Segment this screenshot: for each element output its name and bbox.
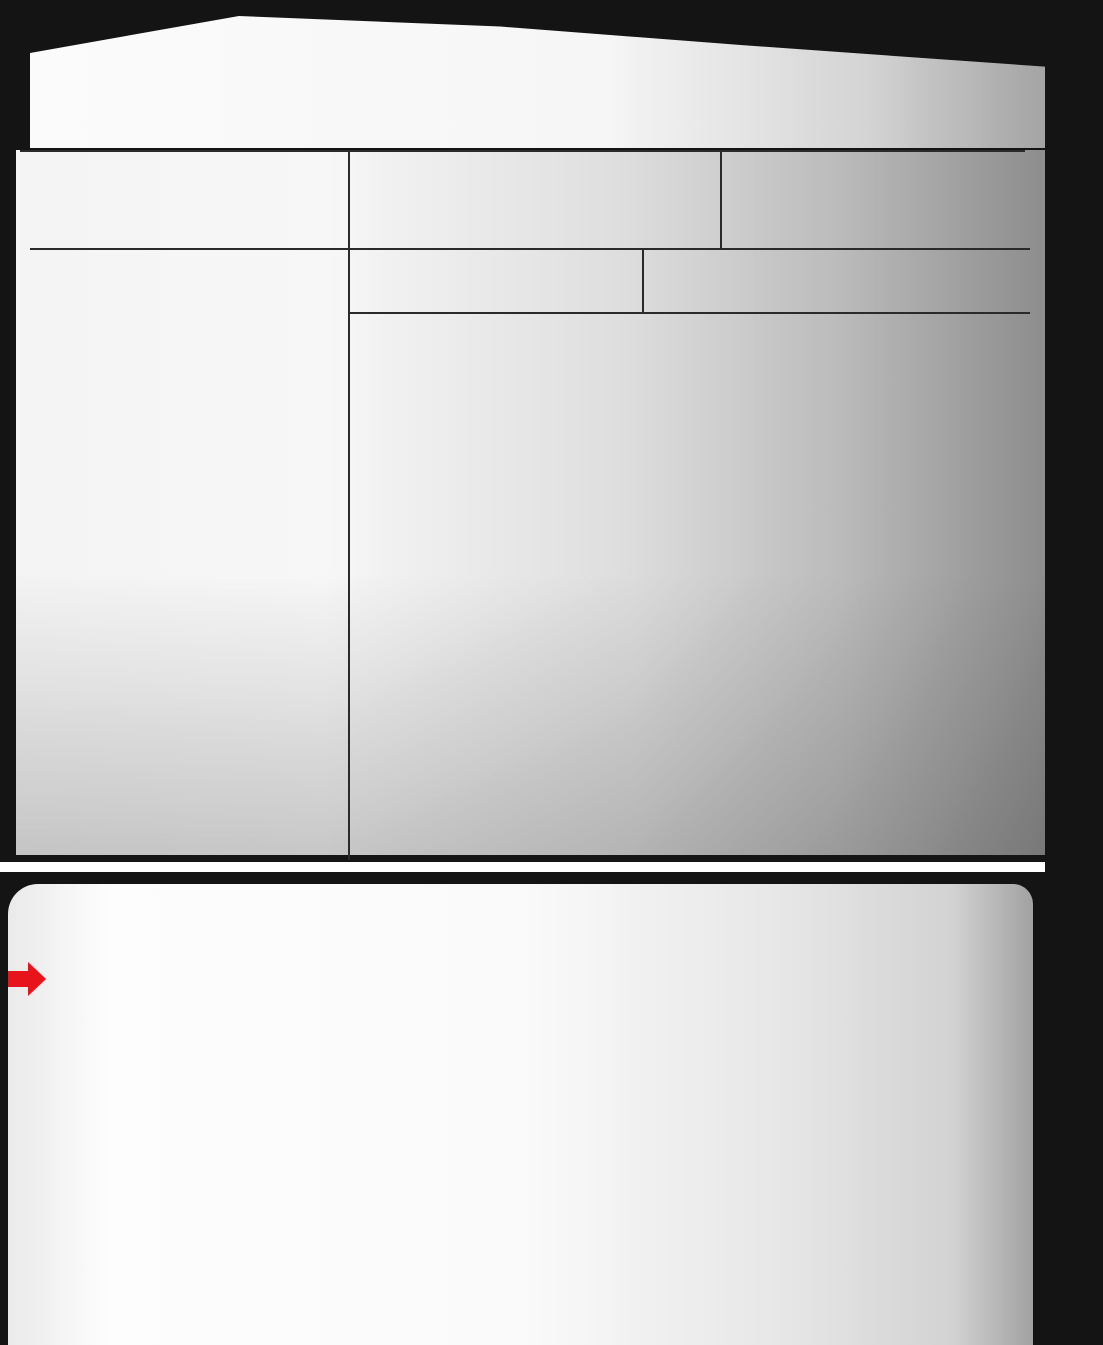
census-entries-panel [0,872,1103,1345]
panel-separator [0,862,1045,872]
red-arrow-icon [8,962,46,996]
census-header-panel [0,0,1103,862]
schedule-sheet-top [16,150,1046,855]
schedule-sheet-bottom [8,884,1033,1345]
torn-title-strip [30,16,1075,148]
